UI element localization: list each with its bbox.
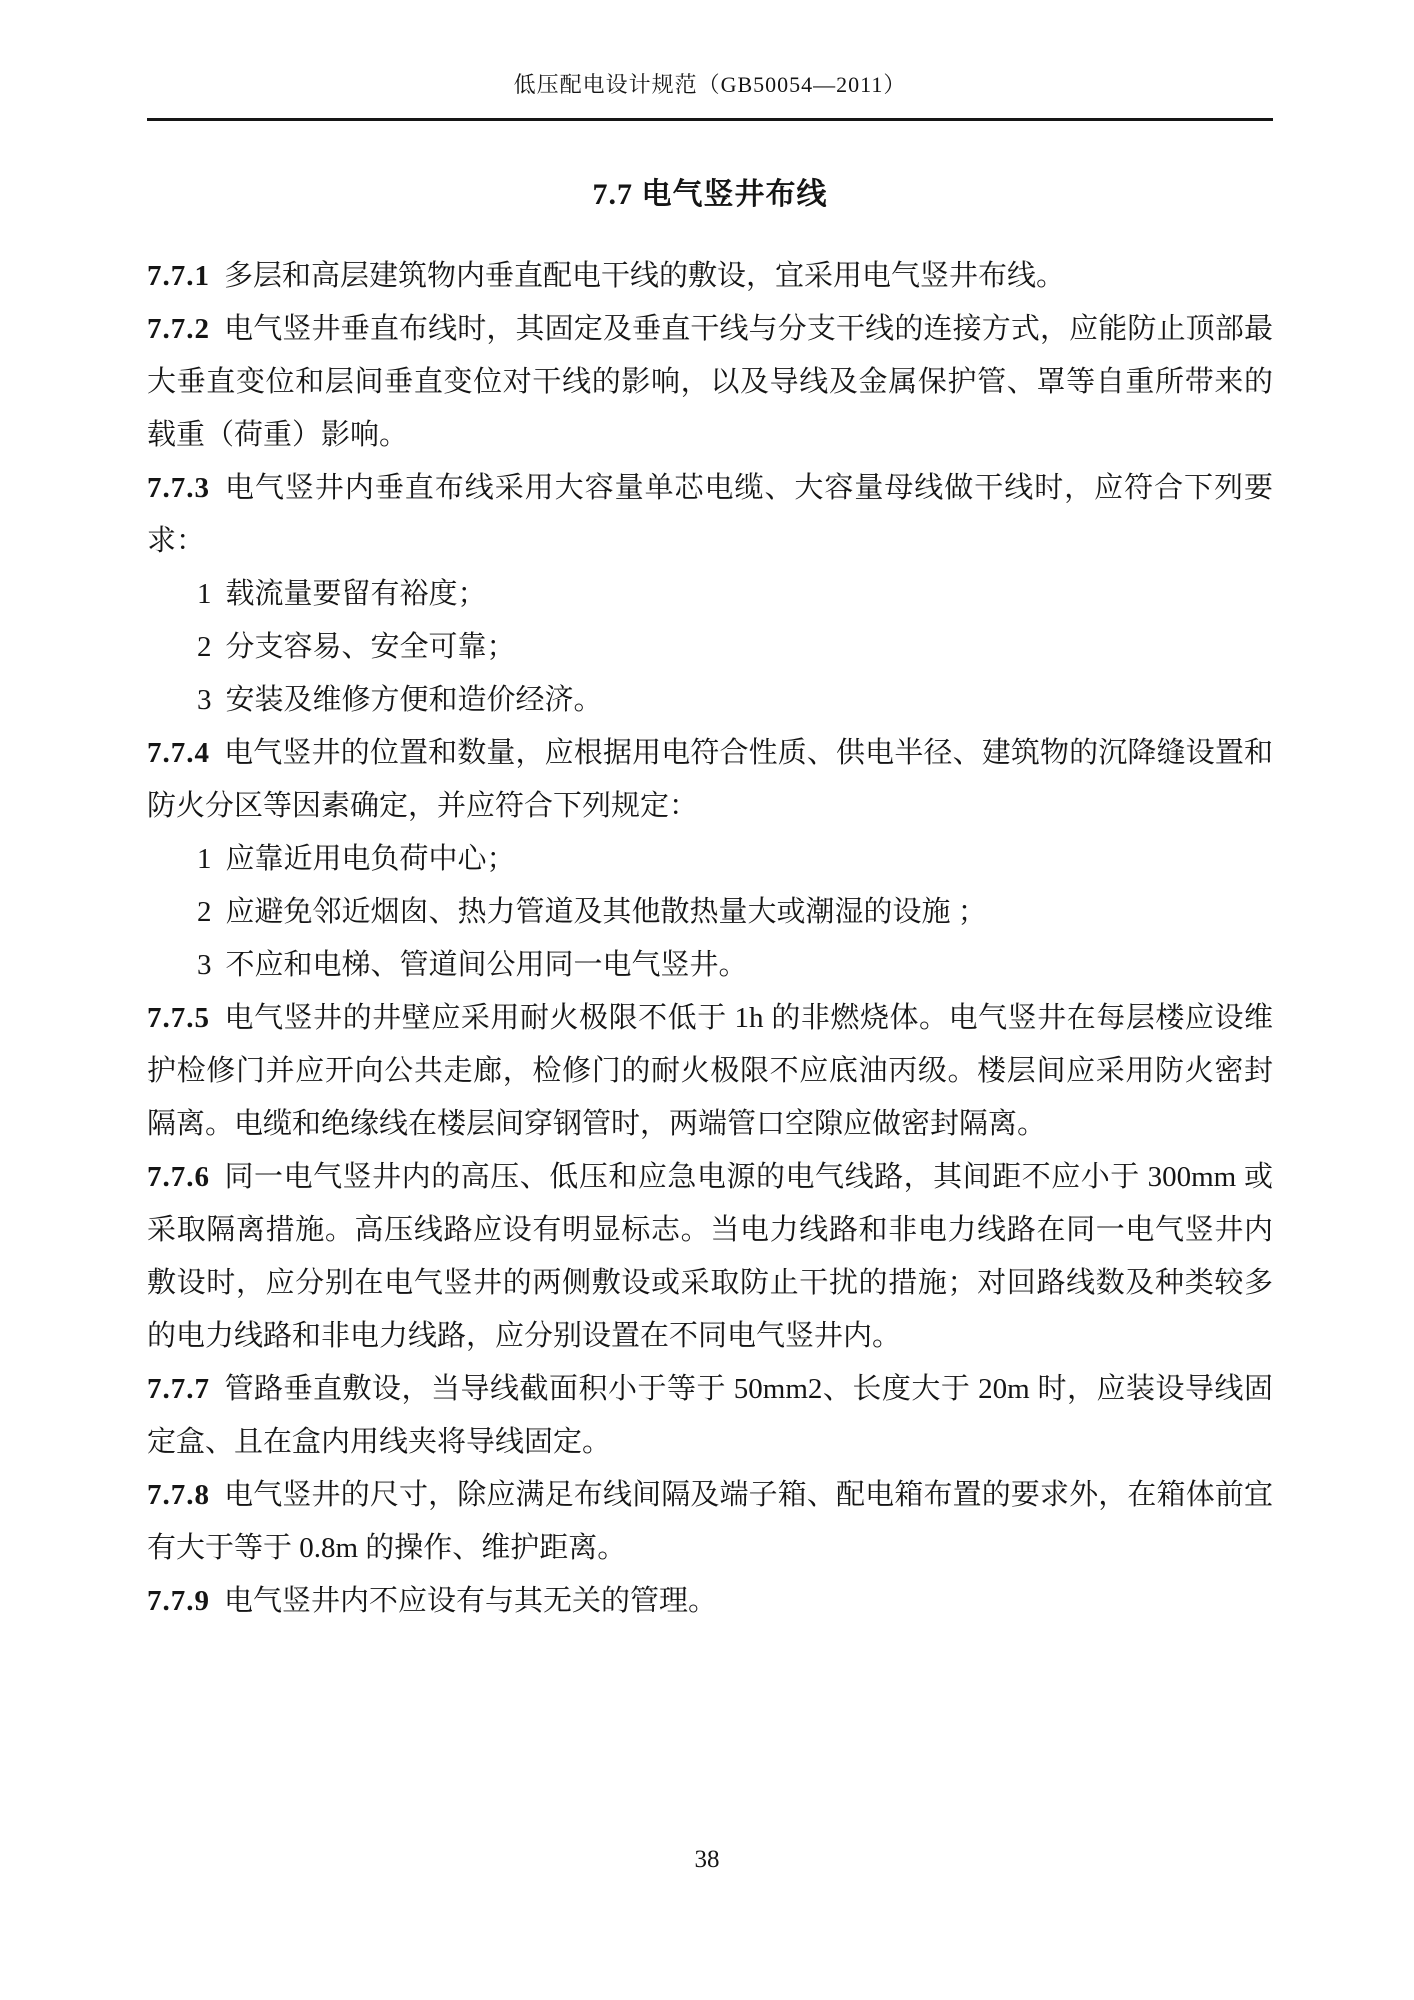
clause-number: 7.7.3 (147, 472, 210, 504)
sub-item-text: 应避免邻近烟囱、热力管道及其他散热量大或潮湿的设施 ； (226, 896, 987, 928)
clause-text: 电气竖井的尺寸，除应满足布线间隔及端子箱、配电箱布置的要求外，在箱体前宜有大于等… (147, 1479, 1273, 1564)
page-content: 7.7 电气竖井布线 7.7.1多层和高层建筑物内垂直配电干线的敷设，宜采用电气… (147, 158, 1273, 1628)
sub-item-7-7-3-1: 1载流量要留有裕度； (147, 568, 1273, 621)
clause-number: 7.7.2 (147, 313, 210, 345)
clause-7-7-6: 7.7.6同一电气竖井内的高压、低压和应急电源的电气线路，其间距不应小于 300… (147, 1151, 1273, 1363)
clause-text: 电气竖井的位置和数量，应根据用电符合性质、供电半径、建筑物的沉降缝设置和防火分区… (147, 737, 1273, 822)
clause-number: 7.7.1 (147, 260, 210, 292)
clause-7-7-8: 7.7.8电气竖井的尺寸，除应满足布线间隔及端子箱、配电箱布置的要求外，在箱体前… (147, 1469, 1273, 1575)
clause-7-7-9: 7.7.9电气竖井内不应设有与其无关的管理。 (147, 1575, 1273, 1628)
sub-item-text: 应靠近用电负荷中心； (226, 843, 516, 875)
document-page: 低压配电设计规范（GB50054—2011） 7.7 电气竖井布线 7.7.1多… (0, 0, 1414, 2000)
clause-text: 电气竖井垂直布线时，其固定及垂直干线与分支干线的连接方式，应能防止顶部最大垂直变… (147, 313, 1273, 451)
clause-number: 7.7.7 (147, 1373, 210, 1405)
clause-7-7-4: 7.7.4电气竖井的位置和数量，应根据用电符合性质、供电半径、建筑物的沉降缝设置… (147, 727, 1273, 833)
clause-7-7-3: 7.7.3电气竖井内垂直布线采用大容量单芯电缆、大容量母线做干线时，应符合下列要… (147, 462, 1273, 568)
sub-item-number: 3 (197, 949, 212, 981)
sub-item-number: 3 (197, 684, 212, 716)
page-number: 38 (695, 1846, 720, 1873)
doc-title: 低压配电设计规范（GB50054—2011） (514, 72, 907, 97)
clause-text: 电气竖井内垂直布线采用大容量单芯电缆、大容量母线做干线时，应符合下列要求： (147, 472, 1273, 557)
sub-item-7-7-4-1: 1应靠近用电负荷中心； (147, 833, 1273, 886)
clause-text: 管路垂直敷设，当导线截面积小于等于 50mm2、长度大于 20m 时，应装设导线… (147, 1373, 1273, 1458)
clause-text: 多层和高层建筑物内垂直配电干线的敷设，宜采用电气竖井布线。 (224, 260, 1065, 292)
clause-7-7-7: 7.7.7管路垂直敷设，当导线截面积小于等于 50mm2、长度大于 20m 时，… (147, 1363, 1273, 1469)
clause-7-7-5: 7.7.5电气竖井的井壁应采用耐火极限不低于 1h 的非燃烧体。电气竖井在每层楼… (147, 992, 1273, 1151)
page-header: 低压配电设计规范（GB50054—2011） (147, 70, 1273, 121)
clause-text: 电气竖井的井壁应采用耐火极限不低于 1h 的非燃烧体。电气竖井在每层楼应设维护检… (147, 1002, 1273, 1140)
clause-text: 电气竖井内不应设有与其无关的管理。 (224, 1585, 717, 1617)
sub-item-7-7-3-3: 3安装及维修方便和造价经济。 (147, 674, 1273, 727)
clause-7-7-1: 7.7.1多层和高层建筑物内垂直配电干线的敷设，宜采用电气竖井布线。 (147, 250, 1273, 303)
sub-item-text: 安装及维修方便和造价经济。 (226, 684, 603, 716)
sub-item-7-7-4-2: 2应避免邻近烟囱、热力管道及其他散热量大或潮湿的设施 ； (147, 886, 1273, 939)
clause-number: 7.7.9 (147, 1585, 210, 1617)
section-title: 7.7 电气竖井布线 (147, 166, 1273, 224)
sub-item-number: 2 (197, 631, 212, 663)
clause-number: 7.7.4 (147, 737, 210, 769)
sub-item-number: 2 (197, 896, 212, 928)
sub-item-text: 分支容易、安全可靠； (226, 631, 516, 663)
clause-number: 7.7.5 (147, 1002, 210, 1034)
sub-item-text: 载流量要留有裕度； (226, 578, 487, 610)
clause-number: 7.7.8 (147, 1479, 210, 1511)
sub-item-7-7-3-2: 2分支容易、安全可靠； (147, 621, 1273, 674)
clause-number: 7.7.6 (147, 1161, 210, 1193)
page-footer: 38 (0, 1845, 1414, 1875)
clause-text: 同一电气竖井内的高压、低压和应急电源的电气线路，其间距不应小于 300mm 或采… (147, 1161, 1273, 1352)
sub-item-text: 不应和电梯、管道间公用同一电气竖井。 (226, 949, 748, 981)
sub-item-number: 1 (197, 843, 212, 875)
clause-7-7-2: 7.7.2电气竖井垂直布线时，其固定及垂直干线与分支干线的连接方式，应能防止顶部… (147, 303, 1273, 462)
sub-item-7-7-4-3: 3不应和电梯、管道间公用同一电气竖井。 (147, 939, 1273, 992)
sub-item-number: 1 (197, 578, 212, 610)
